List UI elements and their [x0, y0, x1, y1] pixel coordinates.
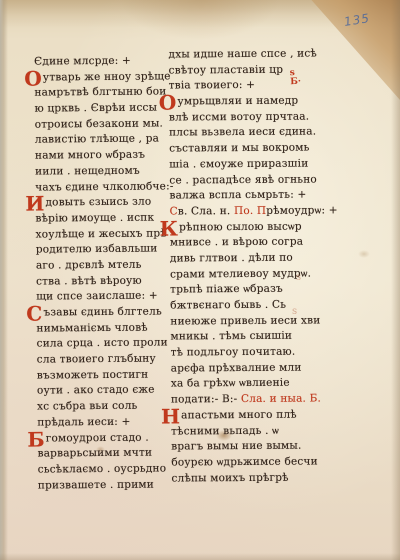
text-line: плсы вьзвела иеси єдина.: [169, 125, 311, 142]
body-text: чахъ єдине члколюбче:-: [35, 180, 173, 193]
manuscript-page: 135 Єдине млсрде: +Оутварь же нноу зрѣще…: [0, 0, 400, 560]
body-text: намрътвѣ блгтыню бои: [34, 86, 166, 99]
faint-margin-mark: ѕ: [296, 272, 301, 283]
rubric-initial: И: [25, 199, 44, 209]
body-text: ю црквь . Єврѣи иссы: [35, 102, 158, 115]
text-line: чахъ єдине члколюбче:-: [35, 179, 163, 196]
text-line: Св. Сла. н. По. Прѣмоудрѡ: +: [170, 203, 312, 220]
text-line: нами много ѡбразъ: [35, 148, 163, 165]
text-line: съставляи и мы вокромь: [169, 141, 311, 158]
body-text: подати:- В:-: [171, 393, 241, 405]
text-line: Єдине млсрде: +: [34, 53, 162, 70]
faint-margin-mark: ѕ: [292, 306, 297, 317]
left-text-column: Єдине млсрде: +Оутварь же нноу зрѣщенамр…: [34, 53, 166, 493]
body-text: влѣ иссми вотоу прчтаа.: [169, 110, 309, 123]
body-text: арєфа прѣхвалние мли: [171, 361, 302, 374]
text-line: щи спсе заислаше: +: [36, 289, 164, 306]
rubric-initial: О: [24, 73, 42, 83]
body-text: дхы идше наше спсе , исѣ: [168, 47, 317, 60]
body-text: хс събра вьи соль: [37, 400, 137, 413]
ink-spot: [358, 250, 370, 258]
text-line: оути . ако стадо єже: [37, 383, 165, 400]
text-line: шіа . ємоуже приразшіи: [169, 156, 311, 173]
text-line: Напастьми много плѣ: [171, 407, 313, 424]
body-text: съставляи и мы вокромь: [169, 142, 309, 155]
right-text-column: дхы идше наше спсе , исѣсвѣтоу пластавіи…: [168, 47, 313, 487]
text-line: намрътвѣ блгтыню бои: [34, 85, 162, 102]
text-line: хс събра вьи соль: [37, 399, 165, 416]
body-text: варварьсыими мчти: [38, 447, 153, 460]
body-text: врагъ вымы ние вымы.: [171, 440, 301, 453]
text-line: тѣсними вьпадь . ѡ: [171, 423, 313, 440]
body-text: призвашете . прими: [38, 478, 154, 491]
body-text: валжа вспла сьмрьть: +: [169, 189, 306, 202]
body-text: лавистію тлѣюще , ра: [35, 133, 159, 146]
text-line: срами мтелиевоу мудрѡ.: [170, 266, 312, 283]
text-line: подати:- В:- Сла. и ныа. Б.: [171, 392, 313, 409]
body-text: възможеть постигн: [37, 368, 149, 381]
body-text: утварь же нноу зрѣще: [43, 70, 171, 83]
top-middle-stain: [120, 0, 280, 40]
body-text: шіа . ємоуже приразшіи: [169, 157, 308, 170]
body-text: прѣдаль иеси: +: [37, 416, 130, 429]
text-line: дхы идше наше спсе , исѣ: [168, 47, 310, 64]
text-line: бжтвєнаго бывь . Сь: [170, 298, 312, 315]
gutter-shadow: [0, 0, 8, 560]
body-text: срами мтелиевоу мудрѡ.: [170, 267, 311, 280]
body-text: ства . вѣтѣ вѣроую: [36, 274, 142, 287]
body-text: ъзавы єдинь блгтель: [43, 305, 161, 318]
page-edge-bottom: [0, 553, 400, 560]
body-text: тѣсними вьпадь . ѡ: [171, 424, 279, 437]
text-line: дивь глтвои . дѣли по: [170, 250, 312, 267]
text-line: трьпѣ піаже ѡбразъ: [170, 282, 312, 299]
rubric-margin-note: ѕ Б·: [290, 69, 302, 88]
body-text: отроисы безакони мы.: [35, 117, 163, 130]
body-text: плсы вьзвела иеси єдина.: [169, 126, 316, 139]
rubric-initial: К: [160, 223, 178, 233]
text-line: арєфа прѣхвалние мли: [171, 360, 313, 377]
body-text: трьпѣ піаже ѡбразъ: [170, 283, 283, 296]
body-text: апастьми много плѣ: [181, 408, 297, 421]
text-line: тѣ подльгоу почитаю.: [171, 345, 313, 362]
text-line: боурєю ѡдрьжимсе бесчи: [171, 454, 313, 471]
body-text: ниеюже привель иеси хви: [170, 314, 320, 327]
rubric-text: По. П: [234, 205, 266, 217]
text-line: сила срца . исто проли: [37, 336, 165, 353]
text-line: мнивсе . и вѣрою согра: [170, 235, 312, 252]
body-text: рѣмоудрѡ: +: [266, 204, 338, 216]
text-line: сла твоиего глъбыну: [37, 352, 165, 369]
body-text: сила срца . исто проли: [37, 337, 168, 350]
body-text: родителю избавльши: [36, 243, 158, 256]
body-text: бжтвєнаго бывь . Сь: [170, 299, 286, 312]
body-text: свѣтоу пластавіи цр: [169, 63, 284, 76]
body-text: нами много ѡбразъ: [35, 149, 145, 162]
body-text: рѣпною сылою высѡр: [179, 220, 302, 233]
text-line: ства . вѣтѣ вѣроую: [36, 273, 164, 290]
rubric-text: Сла. и ныа. Б.: [241, 393, 321, 406]
rubric-initial: Б: [27, 434, 44, 444]
text-line: се . распадѣсе явѣ огньно: [169, 172, 311, 189]
body-text: ха ба грѣхѡ ѡвлиеніе: [171, 377, 290, 390]
body-text: дивь глтвои . дѣли по: [170, 252, 293, 265]
text-line: възможеть постигн: [37, 367, 165, 384]
text-line: варварьсыими мчти: [38, 446, 166, 463]
page-edge-right: [391, 0, 400, 560]
rubric-initial: С: [26, 309, 42, 319]
body-text: твіа твоиего: +: [169, 79, 256, 92]
body-text: сла твоиего глъбыну: [37, 353, 156, 366]
body-text: вѣрію имоуще . испк: [35, 211, 154, 224]
text-line: иили . нещедномъ: [35, 163, 163, 180]
text-line: вѣрію имоуще . испк: [35, 210, 163, 227]
body-text: Єдине млсрде: +: [34, 55, 131, 68]
text-line: сьсѣклаємо . оусрьдно: [38, 461, 166, 478]
body-text: иили . нещедномъ: [35, 164, 140, 177]
body-text: мнивсе . и вѣрою согра: [170, 236, 303, 249]
body-text: аго . дрєвлѣ мтель: [36, 259, 142, 272]
body-text: тѣ подльгоу почитаю.: [171, 346, 296, 359]
body-text: щи спсе заислаше: +: [36, 290, 158, 303]
text-line: мникы . тѣмь сыишіи: [170, 329, 312, 346]
body-text: оути . ако стадо єже: [37, 384, 155, 397]
text-line: Оутварь же нноу зрѣще: [34, 69, 162, 86]
body-text: слѣпы моихъ прѣгрѣ: [171, 471, 288, 484]
body-text: довыть єзыись зло: [45, 196, 151, 209]
text-line: слѣпы моихъ прѣгрѣ: [171, 470, 313, 487]
text-line: Оумрьщвляи и намедр: [169, 94, 311, 111]
text-line: прѣдаль иеси: +: [37, 414, 165, 431]
body-text: хоулѣще и жесыхъ прѣ: [36, 227, 167, 240]
text-line: Идовыть єзыись зло: [35, 195, 163, 212]
text-line: ю црквь . Єврѣи иссы: [34, 101, 162, 118]
manuscript-photo: 135 Єдине млсрде: +Оутварь же нноу зрѣще…: [0, 0, 400, 560]
text-line: аго . дрєвлѣ мтель: [36, 257, 164, 274]
body-text: се . распадѣсе явѣ огньно: [169, 173, 317, 186]
text-line: ха ба грѣхѡ ѡвлиеніе: [171, 376, 313, 393]
text-line: Бгомоудрои стадо .: [37, 430, 165, 447]
rubric-initial: О: [159, 98, 177, 108]
body-text: нимьманіємь чловѣ: [36, 321, 147, 334]
rubric-initial: Н: [161, 411, 180, 421]
body-text: в. Сла. н.: [178, 205, 234, 217]
text-line: нимьманіємь чловѣ: [36, 320, 164, 337]
body-text: мникы . тѣмь сыишіи: [170, 330, 292, 343]
body-text: боурєю ѡдрьжимсе бесчи: [171, 455, 318, 468]
body-text: сьсѣклаємо . оусрьдно: [38, 462, 167, 475]
text-line: врагъ вымы ние вымы.: [171, 439, 313, 456]
text-line: Крѣпною сылою высѡр: [170, 219, 312, 236]
text-line: лавистію тлѣюще , ра: [35, 132, 163, 149]
body-text: умрьщвляи и намедр: [177, 95, 298, 108]
text-line: призвашете . прими: [38, 477, 166, 494]
text-line: валжа вспла сьмрьть: +: [169, 188, 311, 205]
text-line: отроисы безакони мы.: [35, 116, 163, 133]
text-line: Съзавы єдинь блгтель: [36, 304, 164, 321]
text-line: хоулѣще и жесыхъ прѣ: [36, 226, 164, 243]
text-line: родителю избавльши: [36, 242, 164, 259]
text-line: влѣ иссми вотоу прчтаа.: [169, 109, 311, 126]
body-text: гомоудрои стадо .: [46, 431, 149, 444]
